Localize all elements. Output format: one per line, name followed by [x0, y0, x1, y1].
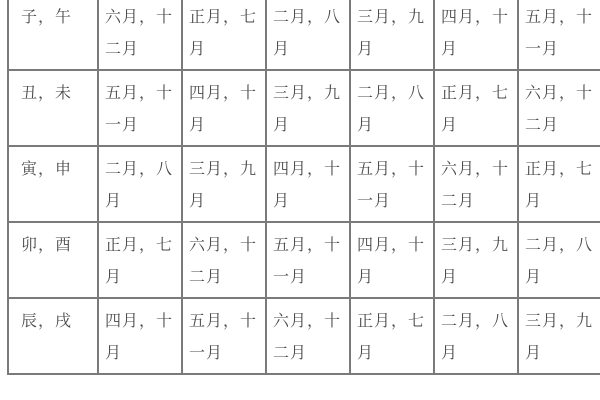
table-cell: 三月，九月: [434, 222, 518, 298]
table-row: 子，午 六月，十二月 正月，七月 二月，八月 三月，九月 四月，十月 五月，十一…: [8, 0, 600, 70]
cell-text: 二月，八月: [273, 0, 349, 65]
month-branch-table-container: 子，午 六月，十二月 正月，七月 二月，八月 三月，九月 四月，十月 五月，十一…: [7, 0, 600, 375]
cell-text: 五月，十一月: [357, 147, 433, 217]
cell-text: 四月，十月: [189, 71, 265, 141]
table-cell: 二月，八月: [98, 146, 182, 222]
branch-label: 子，午: [21, 0, 97, 33]
table-cell: 正月，七月: [434, 70, 518, 146]
month-branch-table: 子，午 六月，十二月 正月，七月 二月，八月 三月，九月 四月，十月 五月，十一…: [7, 0, 600, 375]
table-cell: 六月，十二月: [266, 298, 350, 374]
table-cell: 三月，九月: [182, 146, 266, 222]
table-row: 寅，申 二月，八月 三月，九月 四月，十月 五月，十一月 六月，十二月 正月，七…: [8, 146, 600, 222]
cell-text: 六月，十二月: [525, 71, 600, 141]
cell-text: 正月，七月: [441, 71, 517, 141]
branch-label: 辰，戌: [21, 299, 97, 337]
table-row: 辰，戌 四月，十月 五月，十一月 六月，十二月 正月，七月 二月，八月 三月，九…: [8, 298, 600, 374]
cell-text: 正月，七月: [525, 147, 600, 217]
table-cell: 三月，九月: [266, 70, 350, 146]
cell-text: 二月，八月: [441, 299, 517, 369]
table-cell: 四月，十月: [434, 0, 518, 70]
cell-text: 五月，十一月: [525, 0, 600, 65]
branch-label-cell: 丑，未: [8, 70, 98, 146]
cell-text: 四月，十月: [357, 223, 433, 293]
branch-label: 丑，未: [21, 71, 97, 109]
table-cell: 四月，十月: [98, 298, 182, 374]
cell-text: 三月，九月: [525, 299, 600, 369]
cell-text: 三月，九月: [441, 223, 517, 293]
cell-text: 四月，十月: [105, 299, 181, 369]
branch-label: 卯，酉: [21, 223, 97, 261]
table-cell: 二月，八月: [266, 0, 350, 70]
cell-text: 六月，十二月: [273, 299, 349, 369]
cell-text: 正月，七月: [357, 299, 433, 369]
branch-label-cell: 寅，申: [8, 146, 98, 222]
table-cell: 二月，八月: [518, 222, 600, 298]
cell-text: 正月，七月: [189, 0, 265, 65]
table-cell: 五月，十一月: [518, 0, 600, 70]
table-cell: 三月，九月: [350, 0, 434, 70]
table-cell: 六月，十二月: [98, 0, 182, 70]
table-cell: 正月，七月: [518, 146, 600, 222]
table-cell: 五月，十一月: [182, 298, 266, 374]
table-cell: 正月，七月: [182, 0, 266, 70]
table-cell: 二月，八月: [434, 298, 518, 374]
table-cell: 六月，十二月: [518, 70, 600, 146]
cell-text: 六月，十二月: [189, 223, 265, 293]
table-cell: 五月，十一月: [98, 70, 182, 146]
table-cell: 四月，十月: [182, 70, 266, 146]
cell-text: 四月，十月: [441, 0, 517, 65]
branch-label-cell: 卯，酉: [8, 222, 98, 298]
table-row: 丑，未 五月，十一月 四月，十月 三月，九月 二月，八月 正月，七月 六月，十二…: [8, 70, 600, 146]
table-cell: 正月，七月: [98, 222, 182, 298]
table-cell: 五月，十一月: [266, 222, 350, 298]
table-cell: 六月，十二月: [182, 222, 266, 298]
table-row: 卯，酉 正月，七月 六月，十二月 五月，十一月 四月，十月 三月，九月 二月，八…: [8, 222, 600, 298]
table-cell: 四月，十月: [266, 146, 350, 222]
cell-text: 五月，十一月: [105, 71, 181, 141]
cell-text: 四月，十月: [273, 147, 349, 217]
cell-text: 六月，十二月: [441, 147, 517, 217]
branch-label: 寅，申: [21, 147, 97, 185]
cell-text: 二月，八月: [105, 147, 181, 217]
branch-label-cell: 辰，戌: [8, 298, 98, 374]
cell-text: 六月，十二月: [105, 0, 181, 65]
cell-text: 三月，九月: [357, 0, 433, 65]
table-cell: 正月，七月: [350, 298, 434, 374]
cell-text: 五月，十一月: [273, 223, 349, 293]
table-cell: 五月，十一月: [350, 146, 434, 222]
table-cell: 二月，八月: [350, 70, 434, 146]
cell-text: 二月，八月: [357, 71, 433, 141]
table-cell: 三月，九月: [518, 298, 600, 374]
table-cell: 六月，十二月: [434, 146, 518, 222]
cell-text: 三月，九月: [273, 71, 349, 141]
cell-text: 五月，十一月: [189, 299, 265, 369]
cell-text: 三月，九月: [189, 147, 265, 217]
branch-label-cell: 子，午: [8, 0, 98, 70]
table-cell: 四月，十月: [350, 222, 434, 298]
cell-text: 二月，八月: [525, 223, 600, 293]
cell-text: 正月，七月: [105, 223, 181, 293]
